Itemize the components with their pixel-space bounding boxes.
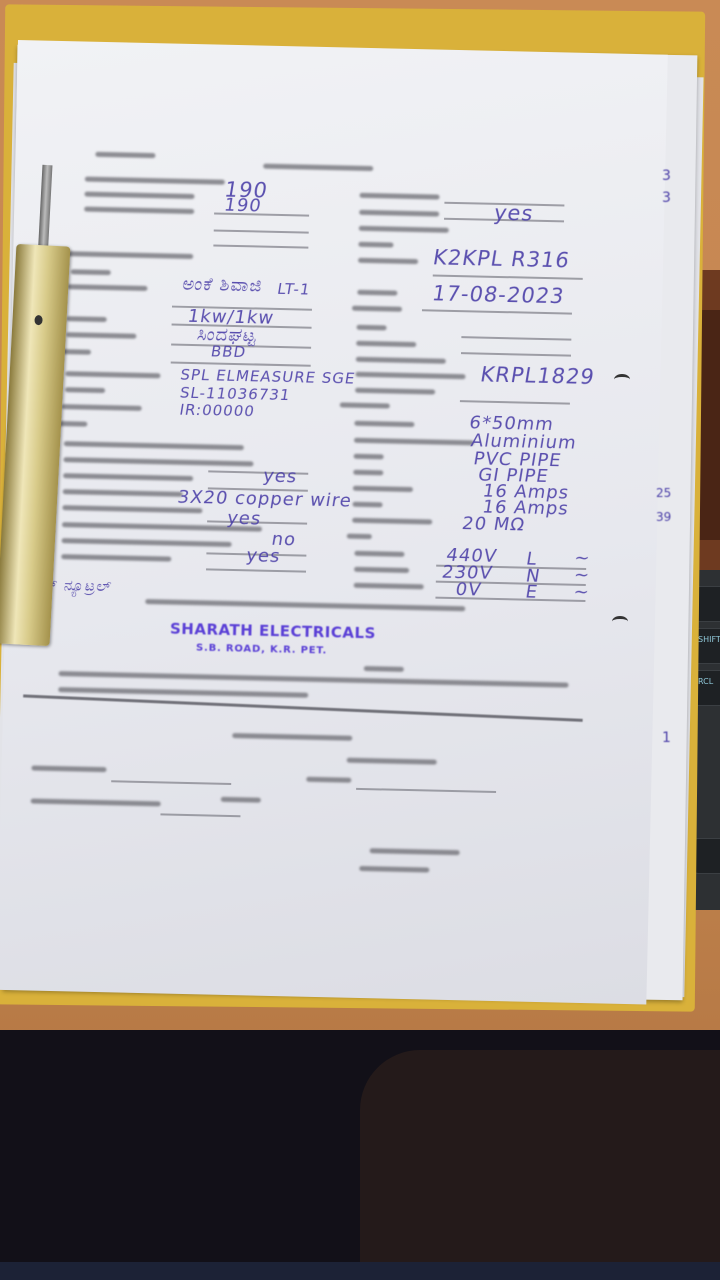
insulation-resistance: 20 MΩ <box>460 513 526 535</box>
margin-note: 1 <box>662 730 671 746</box>
printed-label <box>353 470 383 476</box>
section-heading <box>340 402 390 408</box>
printed-label <box>354 438 474 446</box>
printed-label <box>354 421 414 427</box>
printed-label <box>31 765 106 772</box>
printed-label <box>353 486 413 492</box>
printed-label <box>356 357 446 364</box>
printed-label <box>31 798 161 806</box>
printed-label <box>71 269 111 275</box>
certification-text <box>145 599 465 611</box>
printed-label <box>57 421 87 427</box>
tariff: LT-1 <box>276 280 312 299</box>
form-title <box>263 164 373 171</box>
printed-label <box>352 518 432 525</box>
printed-label <box>354 454 384 460</box>
printed-label <box>352 502 382 508</box>
date: 17-08-2023 <box>430 282 566 309</box>
declaration-text <box>59 671 569 688</box>
printed-label <box>347 534 372 540</box>
sanctioned: BBD <box>210 342 248 361</box>
printed-label <box>84 192 194 199</box>
printed-label <box>306 777 351 783</box>
earthing-done: yes <box>261 466 299 488</box>
field-line <box>433 274 583 279</box>
punch-hole <box>614 374 630 385</box>
declaration-text <box>58 687 308 698</box>
printed-label <box>364 666 404 672</box>
printed-label <box>62 404 142 411</box>
printed-label <box>347 758 437 765</box>
printed-label <box>221 797 261 803</box>
printed-label <box>66 332 136 339</box>
printed-label <box>61 349 91 355</box>
printed-label <box>358 258 418 264</box>
printed-label <box>358 242 393 248</box>
printed-label <box>354 551 404 557</box>
printed-label <box>352 306 402 312</box>
signature-line <box>160 813 240 816</box>
dark-foreground-fabric <box>360 1050 720 1280</box>
pole-dtc-number: KRPL1829 <box>479 363 597 390</box>
printed-question <box>63 473 193 481</box>
field-line <box>206 568 306 572</box>
printed-label <box>67 316 107 322</box>
printed-text <box>95 152 155 158</box>
printed-label <box>359 226 449 233</box>
margin-note: 3 <box>662 190 671 206</box>
printed-label <box>357 325 387 331</box>
printed-question <box>61 554 171 561</box>
printed-label <box>360 193 440 200</box>
wave-mark: ~ <box>572 582 592 603</box>
margin-note: 3 <box>662 168 671 184</box>
section-heading <box>232 733 352 741</box>
printed-label <box>370 848 460 855</box>
form-sheet: 190 190 ಅಂಕೆ ಶಿವಾಜಿ LT-1 1kw/1kw ಸಿಂದಘಟ್… <box>0 40 668 1005</box>
punch-hole <box>612 616 628 627</box>
printed-label <box>65 387 105 393</box>
earth-wire: 3X20 copper wire <box>176 487 354 512</box>
field-line <box>422 309 572 314</box>
printed-label <box>359 210 439 217</box>
margin-note: 25 <box>656 486 671 500</box>
initial-reading: IR:00000 <box>178 401 256 421</box>
printed-label <box>356 341 416 347</box>
printed-label <box>355 388 435 395</box>
printed-question <box>64 441 244 450</box>
signature-line <box>111 780 231 784</box>
main-switch-ok: yes <box>245 545 283 567</box>
consumer-name: ಅಂಕೆ ಶಿವಾಜಿ <box>181 274 265 297</box>
printed-label <box>67 284 147 291</box>
divider <box>23 694 583 721</box>
field-line <box>461 352 571 356</box>
printed-label <box>355 372 465 379</box>
ref-no-2: 190 <box>223 195 264 217</box>
printed-question <box>62 538 232 547</box>
clip-hole <box>34 315 43 325</box>
field-line <box>461 336 571 340</box>
elcb-installed: yes <box>225 508 263 530</box>
printed-label <box>84 207 194 214</box>
voltage-neutral-earth: 0V <box>454 579 483 601</box>
printed-label <box>65 371 160 378</box>
printed-label <box>359 866 429 873</box>
printed-question <box>63 457 253 466</box>
field-line <box>213 244 308 248</box>
printed-label <box>357 290 397 296</box>
signature-line <box>356 788 496 793</box>
margin-note: 39 <box>656 510 671 524</box>
section-heading <box>63 251 193 259</box>
printed-label <box>85 177 225 185</box>
rr-number: K2KPL R316 <box>431 246 572 273</box>
printed-question <box>63 489 183 497</box>
printed-label <box>354 567 409 573</box>
field-line <box>214 229 309 233</box>
printed-label <box>354 583 424 590</box>
approved: yes <box>492 201 535 226</box>
dark-foreground-edge <box>0 1262 720 1280</box>
field-line <box>460 400 570 404</box>
